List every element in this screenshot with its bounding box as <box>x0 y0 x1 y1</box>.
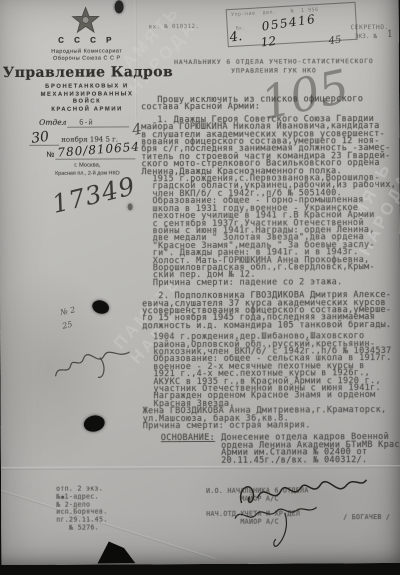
ink-speck <box>61 496 64 499</box>
incoming-note: вх. № 010312. <box>149 24 200 30</box>
item-1-biography: 1915 г.рождения,с.Первозвановка,Ворошило… <box>141 175 400 287</box>
item-2-officer: 2. Подполковника ГВОЗДИКОВА Дмитрия Алек… <box>142 292 400 330</box>
item-1-officer: 1. Дважды Героя Советского Союза Гвардии… <box>141 116 399 177</box>
signer2-name: / БОГАЧЕВ / <box>343 514 390 522</box>
directorate-title: Управление Кадров <box>3 64 173 81</box>
ruled-line <box>29 145 59 146</box>
copies-note-block: отп. 2 экз. № 1-адрес. № 2-дело исп.Боря… <box>56 485 107 532</box>
paper-tear <box>128 203 133 210</box>
copy-label: ЭКЗ. № <box>355 33 377 40</box>
commissariat-label: Народный Комиссариат Обороны Союза С С Р <box>27 48 147 63</box>
ruled-line <box>67 126 129 127</box>
handwritten-stamp-year: 45 <box>328 35 342 47</box>
corner-tear <box>97 541 135 563</box>
document-page: ПАМЯТЬ НАРОДА ПАМЯТЬ НАРОДА ПАМЯТЬ НАРОД… <box>0 0 400 565</box>
item-2-biography: 1904 г.рождения,дер.Шибаново,Шаховского … <box>142 333 400 431</box>
city-label: г. Москва, <box>27 162 147 169</box>
handwritten-registry-number: 17349 <box>49 171 138 219</box>
copy-number: 1 <box>387 29 393 40</box>
country-label: С С С Р <box>27 35 147 45</box>
directorate-subtitle: БРОНЕТАНКОВЫХ И МЕХАНИЗИРОВАННЫХ ВОЙСК К… <box>17 83 157 114</box>
department-value: 6-й <box>79 118 93 127</box>
number-label: № <box>46 150 54 159</box>
handwritten-stamp-month: 12 <box>260 34 277 50</box>
department-label: Отдел <box>39 118 66 127</box>
letter-body: Прошу исключить из списков офицерского с… <box>141 96 400 465</box>
basis-text: Донесение отдела кадров Военной ордена Л… <box>221 434 400 465</box>
handwritten-stamp-day: 4. <box>229 29 243 46</box>
ruled-line <box>55 158 135 159</box>
paper-tear <box>115 0 124 13</box>
document-scan: ПАМЯТЬ НАРОДА ПАМЯТЬ НАРОДА ПАМЯТЬ НАРОД… <box>0 0 400 575</box>
red-star-icon <box>72 7 100 35</box>
basis-row: ОСНОВАНИЕ: Донесение отдела кадров Военн… <box>143 434 400 465</box>
address-label: Красная пл., 2-й дом НКО <box>17 170 157 177</box>
secrecy-label: СЕКРЕТНО. <box>351 24 389 31</box>
request-intro: Прошу исключить из списков офицерского с… <box>141 96 399 112</box>
basis-label: ОСНОВАНИЕ: <box>161 435 215 465</box>
signature-scrawl-2 <box>228 498 348 551</box>
